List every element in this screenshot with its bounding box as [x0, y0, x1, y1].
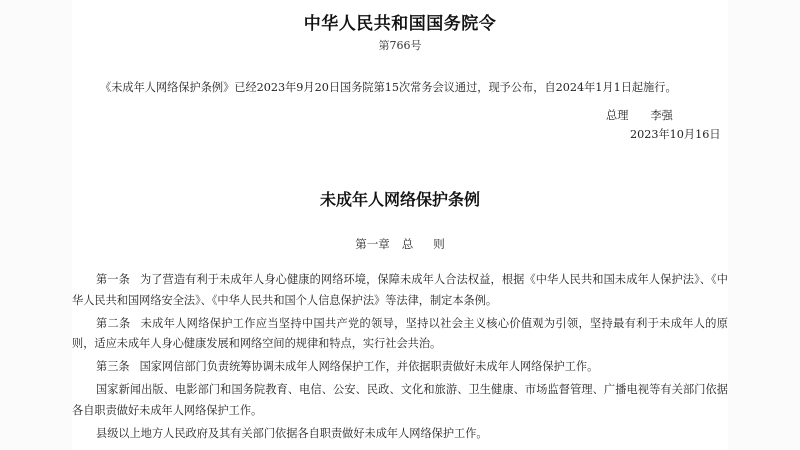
page-margin-left — [0, 0, 72, 450]
chapter-name-part1: 总 — [402, 237, 414, 251]
article-label: 第三条 — [96, 360, 130, 373]
chapter-name-part2: 则 — [433, 237, 445, 251]
page-margin-right — [728, 0, 800, 450]
paragraph-text: 县级以上地方人民政府及其有关部门依据各自职责做好未成年人网络保护工作。 — [96, 427, 488, 440]
document-page: 中华人民共和国国务院令 第766号 《未成年人网络保护条例》已经2023年9月2… — [72, 0, 728, 450]
decree-number: 第766号 — [72, 37, 728, 53]
article-3-paragraph-3: 县级以上地方人民政府及其有关部门依据各自职责做好未成年人网络保护工作。 — [72, 424, 728, 445]
regulation-title: 未成年人网络保护条例 — [72, 187, 728, 210]
article-2: 第二条未成年人网络保护工作应当坚持中国共产党的领导，坚持以社会主义核心价值观为引… — [72, 314, 728, 355]
article-1: 第一条为了营造有利于未成年人身心健康的网络环境，保障未成年人合法权益，根据《中华… — [72, 270, 728, 311]
decree-title: 中华人民共和国国务院令 — [72, 9, 728, 34]
article-label: 第二条 — [96, 317, 131, 330]
signatory-title: 总理 — [606, 109, 628, 122]
signing-date: 2023年10月16日 — [630, 126, 721, 142]
article-3: 第三条国家网信部门负责统筹协调未成年人网络保护工作，并依据职责做好未成年人网络保… — [72, 357, 728, 378]
regulation-body: 第一条为了营造有利于未成年人身心健康的网络环境，保障未成年人合法权益，根据《中华… — [72, 270, 728, 447]
article-3-paragraph-2: 国家新闻出版、电影部门和国务院教育、电信、公安、民政、文化和旅游、卫生健康、市场… — [72, 380, 728, 421]
promulgation-statement: 《未成年人网络保护条例》已经2023年9月20日国务院第15次常务会议通过，现予… — [100, 79, 677, 95]
article-text: 未成年人网络保护工作应当坚持中国共产党的领导，坚持以社会主义核心价值观为引领，坚… — [72, 317, 728, 351]
article-text: 国家网信部门负责统筹协调未成年人网络保护工作，并依据职责做好未成年人网络保护工作… — [140, 360, 599, 373]
paragraph-text: 国家新闻出版、电影部门和国务院教育、电信、公安、民政、文化和旅游、卫生健康、市场… — [72, 383, 728, 417]
article-label: 第一条 — [96, 273, 130, 286]
chapter-heading: 第一章总则 — [72, 236, 728, 252]
signatory: 总理李强 — [606, 107, 673, 123]
article-text: 为了营造有利于未成年人身心健康的网络环境，保障未成年人合法权益，根据《中华人民共… — [72, 273, 728, 307]
chapter-number: 第一章 — [355, 237, 390, 251]
signatory-name: 李强 — [650, 109, 672, 122]
